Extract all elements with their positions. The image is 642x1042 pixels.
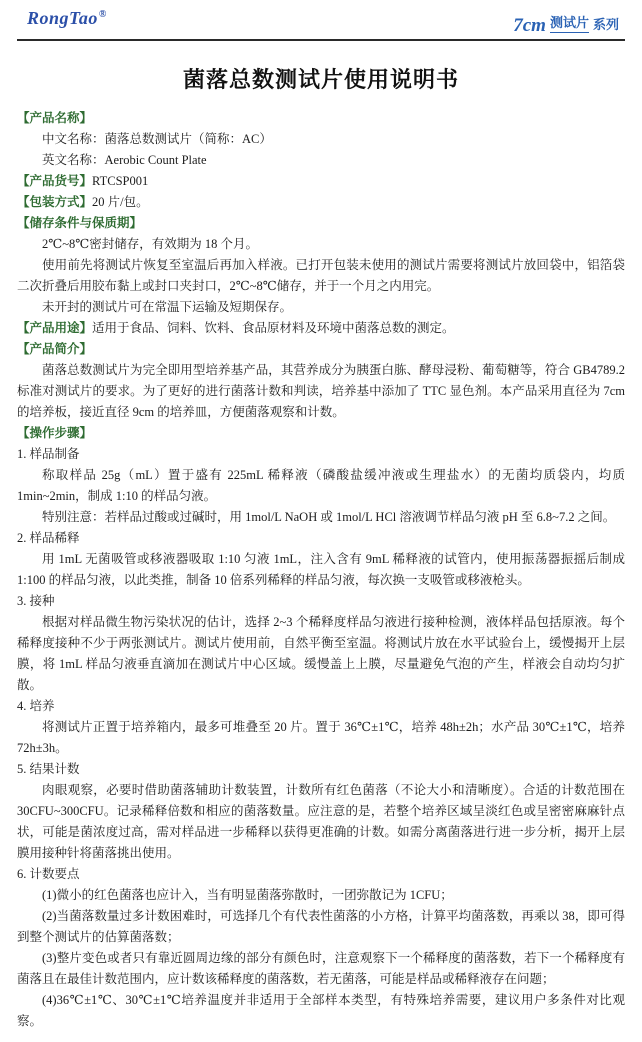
text-run: 称取样品 25g（mL）置于盛有 225mL 稀释液（磷酸盐缓冲液或生理盐水）的… <box>17 468 625 503</box>
text-run: 根据对样品微生物污染状况的估计，选择 2~3 个稀释度样品匀液进行接种检测，液体… <box>17 615 625 692</box>
text-run: 肉眼观察，必要时借助菌落辅助计数装置，计数所有红色菌落（不论大小和清晰度）。合适… <box>17 783 625 860</box>
text-run: (2)当菌落数量过多计数困难时，可选择几个有代表性菌落的小方格，计算平均菌落数，… <box>17 909 625 944</box>
body-paragraph: (4)36℃±1℃、30℃±1℃培养温度并非适用于全部样本类型，有特殊培养需要，… <box>17 990 625 1032</box>
body-paragraph: 中文名称：菌落总数测试片（简称：AC） <box>17 129 625 150</box>
section-block: 【产品简介】 <box>17 339 625 360</box>
step-heading: 4. 培养 <box>17 696 625 717</box>
body-paragraph: 英文名称：Aerobic Count Plate <box>17 150 625 171</box>
step-heading: 1. 样品制备 <box>17 444 625 465</box>
section-block: 【包装方式】20 片/包。 <box>17 192 625 213</box>
text-run: 3. 接种 <box>17 594 55 608</box>
section-block: 【产品名称】 <box>17 108 625 129</box>
section-label: 【产品名称】 <box>17 111 92 125</box>
text-run: 适用于食品、饲料、饮料、食品原材料及环境中菌落总数的测定。 <box>92 321 455 335</box>
section-label: 【操作步骤】 <box>17 426 92 440</box>
brand-logo-text: RongTao <box>27 8 98 28</box>
body-paragraph: (3)整片变色或者只有靠近圆周边缘的部分有颜色时，注意观察下一个稀释度的菌落数，… <box>17 948 625 990</box>
body-paragraph: 未开封的测试片可在常温下运输及短期保存。 <box>17 297 625 318</box>
body-paragraph: 用 1mL 无菌吸管或移液器吸取 1:10 匀液 1mL，注入含有 9mL 稀释… <box>17 549 625 591</box>
text-run: 4. 培养 <box>17 699 55 713</box>
step-heading: 3. 接种 <box>17 591 625 612</box>
section-label: 【产品货号】 <box>17 174 92 188</box>
series-suffix-label: 系列 <box>593 14 619 33</box>
text-run: 5. 结果计数 <box>17 762 80 776</box>
section-label: 【包装方式】 <box>17 195 92 209</box>
page-title: 菌落总数测试片使用说明书 <box>17 63 625 94</box>
body-paragraph: 根据对样品微生物污染状况的估计，选择 2~3 个稀释度样品匀液进行接种检测，液体… <box>17 612 625 696</box>
body-paragraph: 菌落总数测试片为完全即用型培养基产品，其营养成分为胰蛋白胨、酵母浸粉、葡萄糖等，… <box>17 360 625 423</box>
text-run: 菌落总数测试片为完全即用型培养基产品，其营养成分为胰蛋白胨、酵母浸粉、葡萄糖等，… <box>17 363 625 419</box>
instruction-page: RongTao® 7cm 测试片 系列 菌落总数测试片使用说明书 【产品名称】中… <box>0 0 642 1042</box>
body-paragraph: (1)微小的红色菌落也应计入，当有明显菌落弥散时，一团弥散记为 1CFU； <box>17 885 625 906</box>
text-run: 2. 样品稀释 <box>17 531 80 545</box>
text-run: 英文名称：Aerobic Count Plate <box>42 153 207 167</box>
text-run: 中文名称：菌落总数测试片（简称：AC） <box>42 132 272 146</box>
text-run: 6. 计数要点 <box>17 867 80 881</box>
section-block: 【产品货号】RTCSP001 <box>17 171 625 192</box>
section-block: 【产品用途】适用于食品、饲料、饮料、食品原材料及环境中菌落总数的测定。 <box>17 318 625 339</box>
document-body: 【产品名称】中文名称：菌落总数测试片（简称：AC）英文名称：Aerobic Co… <box>17 108 625 1032</box>
section-block: 【操作步骤】 <box>17 423 625 444</box>
body-paragraph: 将测试片正置于培养箱内，最多可堆叠至 20 片。置于 36℃±1℃，培养 48h… <box>17 717 625 759</box>
text-run: 将测试片正置于培养箱内，最多可堆叠至 20 片。置于 36℃±1℃，培养 48h… <box>17 720 625 755</box>
series-7cm-logo: 7cm <box>513 19 546 33</box>
text-run: 2℃~8℃密封储存，有效期为 18 个月。 <box>42 237 258 251</box>
body-paragraph: 称取样品 25g（mL）置于盛有 225mL 稀释液（磷酸盐缓冲液或生理盐水）的… <box>17 465 625 507</box>
text-run: 特别注意：若样品过酸或过碱时，用 1mol/L NaOH 或 1mol/L HC… <box>42 510 615 524</box>
body-paragraph: 肉眼观察，必要时借助菌落辅助计数装置，计数所有红色菌落（不论大小和清晰度）。合适… <box>17 780 625 864</box>
text-run: (4)36℃±1℃、30℃±1℃培养温度并非适用于全部样本类型，有特殊培养需要，… <box>17 993 625 1028</box>
text-run: 20 片/包。 <box>92 195 149 209</box>
text-run: (3)整片变色或者只有靠近圆周边缘的部分有颜色时，注意观察下一个稀释度的菌落数，… <box>17 951 625 986</box>
body-paragraph: 2℃~8℃密封储存，有效期为 18 个月。 <box>17 234 625 255</box>
section-label: 【产品用途】 <box>17 321 92 335</box>
step-heading: 2. 样品稀释 <box>17 528 625 549</box>
text-run: RTCSP001 <box>92 174 148 188</box>
brand-logo: RongTao® <box>27 8 107 29</box>
text-run: 用 1mL 无菌吸管或移液器吸取 1:10 匀液 1mL，注入含有 9mL 稀释… <box>17 552 625 587</box>
text-run: 使用前先将测试片恢复至室温后再加入样液。已打开包装未使用的测试片需要将测试片放回… <box>17 258 625 293</box>
body-paragraph: 特别注意：若样品过酸或过碱时，用 1mol/L NaOH 或 1mol/L HC… <box>17 507 625 528</box>
step-heading: 5. 结果计数 <box>17 759 625 780</box>
body-paragraph: (2)当菌落数量过多计数困难时，可选择几个有代表性菌落的小方格，计算平均菌落数，… <box>17 906 625 948</box>
page-header: RongTao® 7cm 测试片 系列 <box>17 6 625 33</box>
series-product-label: 测试片 <box>550 12 589 33</box>
step-heading: 6. 计数要点 <box>17 864 625 885</box>
section-label: 【储存条件与保质期】 <box>17 216 142 230</box>
text-run: (1)微小的红色菌落也应计入，当有明显菌落弥散时，一团弥散记为 1CFU； <box>42 888 453 902</box>
body-paragraph: 使用前先将测试片恢复至室温后再加入样液。已打开包装未使用的测试片需要将测试片放回… <box>17 255 625 297</box>
text-run: 1. 样品制备 <box>17 447 80 461</box>
registered-trademark-mark: ® <box>99 9 107 20</box>
series-badge: 7cm 测试片 系列 <box>513 8 619 33</box>
section-label: 【产品简介】 <box>17 342 92 356</box>
section-block: 【储存条件与保质期】 <box>17 213 625 234</box>
text-run: 未开封的测试片可在常温下运输及短期保存。 <box>42 300 292 314</box>
header-divider <box>17 39 625 41</box>
